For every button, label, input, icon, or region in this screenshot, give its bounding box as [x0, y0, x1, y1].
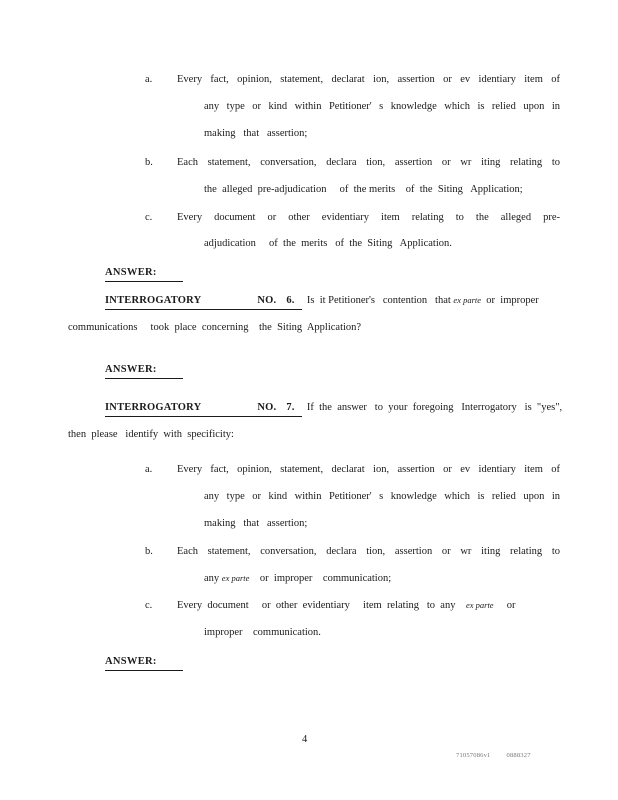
document-stamp: 71057086v10888327 [456, 752, 531, 760]
interrogatory-7-line-2: then please identify with specificity: [68, 428, 234, 441]
document-page: a. Every fact, opinion, statement, decla… [0, 0, 618, 800]
answer-block-1: ANSWER: [105, 266, 183, 282]
interrogatory-6-line-1: INTERROGATORYNO.6. Is it Petitioner's co… [105, 294, 539, 310]
document-id-stamp: 71057086v1 [456, 752, 491, 760]
answer-block-3: ANSWER: [105, 655, 183, 671]
item-a2-line-3: making that assertion; [204, 517, 307, 530]
ex-parte-italic-3: ex parte [466, 600, 494, 610]
item-a-line-2: any type or kind within Petitioner' s kn… [204, 100, 560, 113]
no-label: NO. [257, 402, 276, 413]
interrogatory-6-number: 6. [286, 295, 294, 306]
item-b2-letter: b. [145, 545, 153, 558]
interrogatory-7-body: If the answer to your foregoing Interrog… [302, 402, 563, 413]
item-b-letter: b. [145, 156, 153, 169]
interrogatory-label: INTERROGATORY [105, 295, 201, 306]
answer-block-2: ANSWER: [105, 363, 183, 379]
document-code-stamp: 0888327 [507, 752, 531, 760]
interrogatory-7-heading: INTERROGATORYNO.7. [105, 401, 302, 417]
item-b-line-1: Each statement, conversation, declara ti… [177, 156, 560, 169]
interrogatory-label: INTERROGATORY [105, 402, 201, 413]
item-b2-line-2-start: any [204, 573, 222, 584]
interrogatory-6-body-end: or improper [481, 295, 539, 306]
item-a2-line-1: Every fact, opinion, statement, declarat… [177, 463, 560, 476]
item-c-letter: c. [145, 211, 152, 224]
no-label: NO. [257, 295, 276, 306]
item-a2-letter: a. [145, 463, 152, 476]
answer-label-3: ANSWER: [105, 655, 183, 671]
item-c-line-1: Every document or other evidentiary item… [177, 211, 560, 224]
ex-parte-italic-1: ex parte [453, 295, 481, 305]
item-a-line-1: Every fact, opinion, statement, declarat… [177, 73, 560, 86]
interrogatory-6-body-start: Is it Petitioner's contention that [302, 295, 454, 306]
interrogatory-6-line-2: communications took place concerning the… [68, 321, 361, 334]
answer-label-2: ANSWER: [105, 363, 183, 379]
interrogatory-7-number: 7. [286, 402, 294, 413]
item-c-line-2: adjudication of the merits of the Siting… [204, 237, 452, 250]
item-c2-line-2: improper communication. [204, 626, 321, 639]
item-b2-line-1: Each statement, conversation, declara ti… [177, 545, 560, 558]
page-number: 4 [302, 733, 307, 746]
answer-label-1: ANSWER: [105, 266, 183, 282]
item-a2-line-2: any type or kind within Petitioner' s kn… [204, 490, 560, 503]
item-c2-letter: c. [145, 599, 152, 612]
interrogatory-7-line-1: INTERROGATORYNO.7. If the answer to your… [105, 401, 562, 417]
item-a-letter: a. [145, 73, 152, 86]
item-b2-line-2: any ex parte or improper communication; [204, 572, 391, 585]
item-c2-line-1-end: or [494, 600, 516, 611]
ex-parte-italic-2: ex parte [222, 573, 250, 583]
interrogatory-6-heading: INTERROGATORYNO.6. [105, 294, 302, 310]
item-c2-line-1: Every document or other evidentiary item… [177, 599, 515, 612]
item-b-line-2: the alleged pre-adjudication of the meri… [204, 183, 523, 196]
item-a-line-3: making that assertion; [204, 127, 307, 140]
item-b2-line-2-end: or improper communication; [249, 573, 391, 584]
item-c2-line-1-start: Every document or other evidentiary item… [177, 600, 466, 611]
